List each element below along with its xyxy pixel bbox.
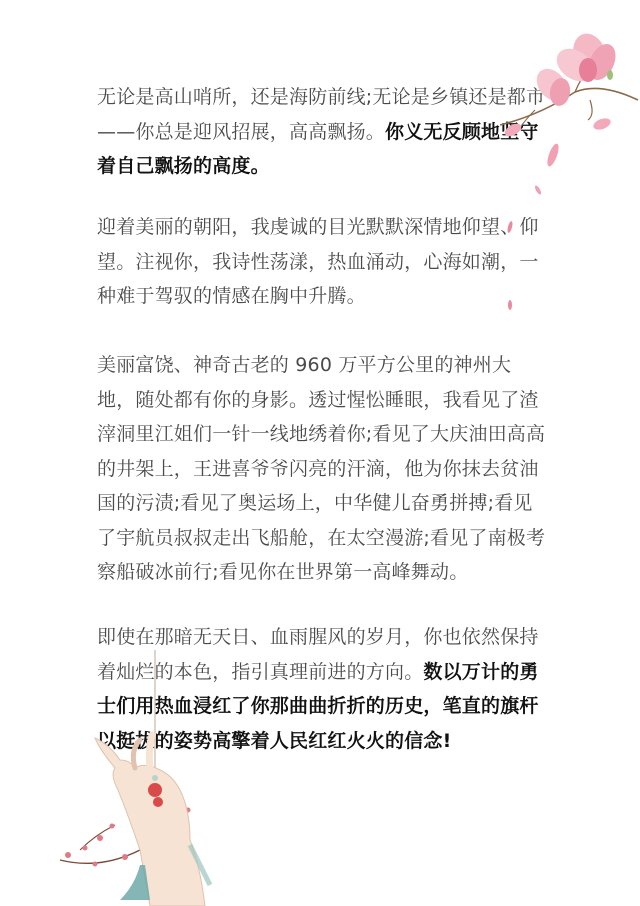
paragraph-3: 美丽富饶、神奇古老的 960 万平方公里的神州大地，随处都有你的身影。透过惺忪睡… — [97, 348, 547, 590]
paragraph-2-text: 迎着美丽的朝阳，我虔诚的目光默默深情地仰望、仰望。注视你，我诗性荡漾，热血涌动，… — [97, 216, 539, 307]
document-page: 无论是高山哨所，还是海防前线;无论是乡镇还是都市——你总是迎风招展，高高飘扬。你… — [0, 0, 640, 906]
paragraph-2: 迎着美丽的朝阳，我虔诚的目光默默深情地仰望、仰望。注视你，我诗性荡漾，热血涌动，… — [97, 210, 547, 314]
paragraph-3-text: 美丽富饶、神奇古老的 960 万平方公里的神州大地，随处都有你的身影。透过惺忪睡… — [97, 354, 545, 583]
paragraph-1: 无论是高山哨所，还是海防前线;无论是乡镇还是都市——你总是迎风招展，高高飘扬。你… — [97, 80, 547, 184]
paragraph-4: 即使在那暗无天日、血雨腥风的岁月，你也依然保持着灿烂的本色，指引真理前进的方向。… — [97, 620, 547, 758]
